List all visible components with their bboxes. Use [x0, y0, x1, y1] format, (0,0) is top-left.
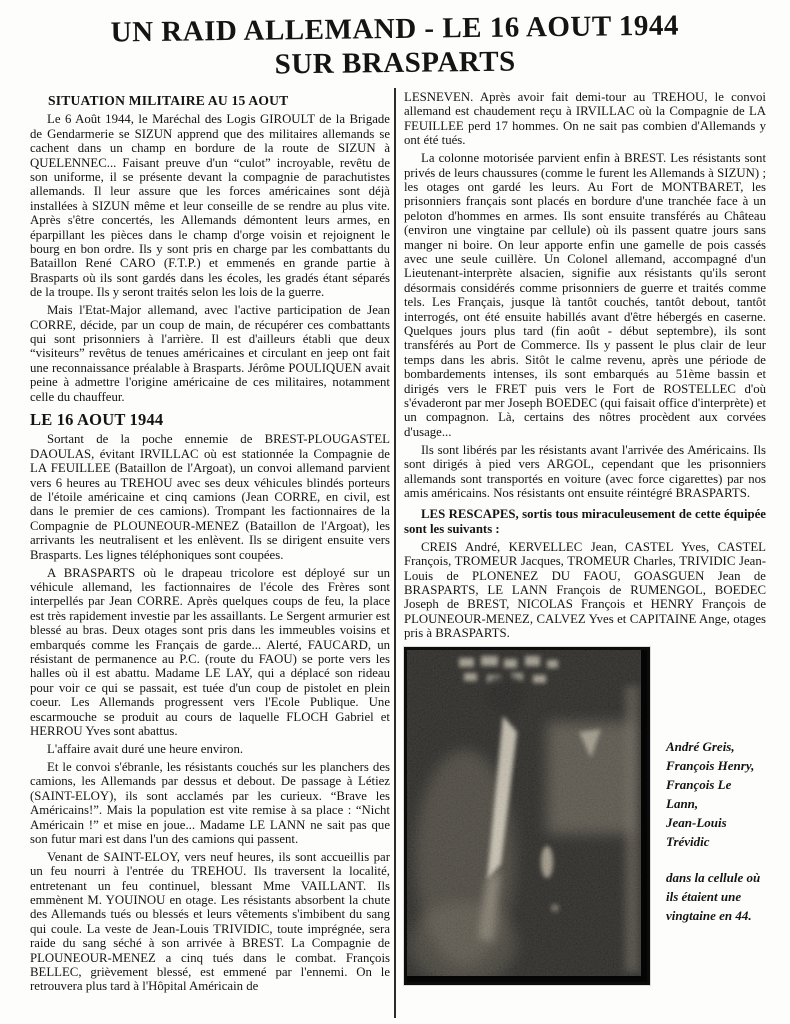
- column-divider-rule: [394, 88, 396, 1018]
- scanned-article-page: UN RAID ALLEMAND - LE 16 AOUT 1944 SUR B…: [0, 0, 790, 1024]
- paragraph: Mais l'Etat-Major allemand, avec l'activ…: [30, 303, 390, 404]
- paragraph: Et le convoi s'ébranle, les résistants c…: [30, 760, 390, 846]
- photo-row: André Greis, François Henry, François Le…: [404, 647, 766, 985]
- article-title: UN RAID ALLEMAND - LE 16 AOUT 1944 SUR B…: [0, 7, 790, 85]
- photo-caption-note: dans la cellule où ils étaient une vingt…: [666, 868, 766, 925]
- section-heading-le-16-aout: LE 16 AOUT 1944: [30, 413, 390, 427]
- caption-line: François Le Lann,: [666, 775, 766, 813]
- caption-line: vingtaine en 44.: [666, 906, 766, 925]
- paragraph: La colonne motorisée parvient enfin à BR…: [404, 151, 766, 439]
- paragraph: A BRASPARTS où le drapeau tricolore est …: [30, 566, 390, 739]
- paragraph: Venant de SAINT-ELOY, vers neuf heures, …: [30, 850, 390, 994]
- paragraph: Ils sont libérés par les résistants avan…: [404, 443, 766, 501]
- caption-line: dans la cellule où: [666, 868, 766, 887]
- left-column: SITUATION MILITAIRE AU 15 AOUT Le 6 Août…: [30, 94, 390, 997]
- caption-line: ils étaient une: [666, 887, 766, 906]
- paragraph: Sortant de la poche ennemie de BREST-PLO…: [30, 432, 390, 562]
- caption-line: Trévidic: [666, 832, 766, 851]
- cell-photo-image: [407, 650, 641, 976]
- paragraph: Le 6 Août 1944, le Maréchal des Logis GI…: [30, 112, 390, 299]
- section-heading-situation-militaire: SITUATION MILITAIRE AU 15 AOUT: [48, 94, 390, 108]
- rescapes-intro: LES RESCAPES, sortis tous miraculeusemen…: [404, 507, 766, 536]
- photo-caption: André Greis, François Henry, François Le…: [666, 737, 766, 985]
- right-column: LESNEVEN. Après avoir fait demi-tour au …: [404, 90, 766, 985]
- rescapes-names: CREIS André, KERVELLEC Jean, CASTEL Yves…: [404, 540, 766, 641]
- caption-line: François Henry,: [666, 756, 766, 775]
- paragraph: LESNEVEN. Après avoir fait demi-tour au …: [404, 90, 766, 148]
- cell-photo: [404, 647, 650, 985]
- caption-line: Jean-Louis: [666, 813, 766, 832]
- caption-line: André Greis,: [666, 737, 766, 756]
- paragraph: L'affaire avait duré une heure environ.: [30, 742, 390, 756]
